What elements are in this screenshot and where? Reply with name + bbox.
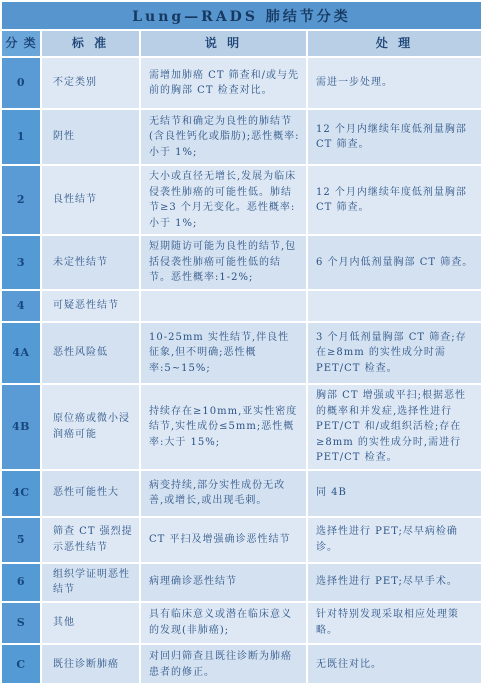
management-cell: 12 个月内继续年度低剂量胸部 CT 筛查。 [308,110,481,164]
table-row: 1 阴性 无结节和确定为良性的肺结节(含良性钙化或脂肪);恶性概率:小于 1%;… [2,110,481,164]
description-cell: 需增加肺癌 CT 筛查和/或与先前的胸部 CT 检查对比。 [141,58,306,108]
description-cell: 具有临床意义或潜在临床意义的发现(非肺癌); [141,603,306,643]
management-cell: 12 个月内继续年度低剂量胸部 CT 筛查。 [308,166,481,234]
management-cell: 6 个月内低剂量胸部 CT 筛查。 [308,236,481,289]
table-row: 5 筛查 CT 强烈提示恶性结节 CT 平扫及增强确诊恶性结节 选择性进行 PE… [2,518,481,562]
table-row: 4A 恶性风险低 10-25mm 实性结节,伴良性征象,但不明确;恶性概率:5~… [2,323,481,383]
category-cell: 3 [2,236,40,289]
criteria-cell: 筛查 CT 强烈提示恶性结节 [42,518,139,562]
criteria-cell: 可疑恶性结节 [42,291,139,321]
description-cell: 病变持续,部分实性成份无改善,或增长,或出现毛刺。 [141,471,306,516]
category-cell: 2 [2,166,40,234]
table-row: S 其他 具有临床意义或潜在临床意义的发现(非肺癌); 针对特别发现采取相应处理… [2,603,481,643]
table-row: 3 未定性结节 短期随访可能为良性的结节,包括侵袭性肺癌可能性低的结节。恶性概率… [2,236,481,289]
category-cell: 4B [2,385,40,469]
category-cell: 5 [2,518,40,562]
description-cell: 无结节和确定为良性的肺结节(含良性钙化或脂肪);恶性概率:小于 1%; [141,110,306,164]
management-cell: 同 4B [308,471,481,516]
management-cell: 无既往对比。 [308,645,481,683]
description-cell: 病理确诊恶性结节 [141,564,306,601]
management-cell: 选择性进行 PET;尽早病检确诊。 [308,518,481,562]
table-row: 4B 原位癌或微小浸润癌可能 持续存在≥10mm,亚实性密度结节,实性成份≤5m… [2,385,481,469]
category-cell: 1 [2,110,40,164]
criteria-cell: 阴性 [42,110,139,164]
column-header-description: 说 明 [141,31,306,56]
category-cell: 4C [2,471,40,516]
table-row: 0 不定类别 需增加肺癌 CT 筛查和/或与先前的胸部 CT 检查对比。 需进一… [2,58,481,108]
table-row: 2 良性结节 大小或直径无增长,发展为临床侵袭性肺癌的可能性低。肺结节≥3 个月… [2,166,481,234]
description-cell: 持续存在≥10mm,亚实性密度结节,实性成份≤5mm;恶性概率:大于 15%; [141,385,306,469]
table-body: 0 不定类别 需增加肺癌 CT 筛查和/或与先前的胸部 CT 检查对比。 需进一… [2,58,481,683]
category-cell: 0 [2,58,40,108]
table-row: C 既往诊断肺癌 对回归筛查且既往诊断为肺癌患者的修正。 无既往对比。 [2,645,481,683]
lung-rads-table: Lung—RADS 肺结节分类 分 类 标 准 说 明 处 理 0 不定类别 需… [0,0,483,683]
category-cell: S [2,603,40,643]
management-cell [308,291,481,321]
management-cell: 需进一步处理。 [308,58,481,108]
management-cell: 胸部 CT 增强或平扫;根据恶性的概率和并发症,选择性进行 PET/CT 和/或… [308,385,481,469]
column-header-management: 处 理 [308,31,481,56]
header-row: 分 类 标 准 说 明 处 理 [2,31,481,56]
criteria-cell: 不定类别 [42,58,139,108]
management-cell: 选择性进行 PET;尽早手术。 [308,564,481,601]
criteria-cell: 恶性可能性大 [42,471,139,516]
category-cell: C [2,645,40,683]
description-cell: 大小或直径无增长,发展为临床侵袭性肺癌的可能性低。肺结节≥3 个月无变化。恶性概… [141,166,306,234]
management-cell: 3 个月低剂量胸部 CT 筛查;存在≥8mm 的实性成分时需 PET/CT 检查… [308,323,481,383]
description-cell: 10-25mm 实性结节,伴良性征象,但不明确;恶性概率:5~15%; [141,323,306,383]
management-cell: 针对特别发现采取相应处理策略。 [308,603,481,643]
table-row: 4C 恶性可能性大 病变持续,部分实性成份无改善,或增长,或出现毛刺。 同 4B [2,471,481,516]
description-cell [141,291,306,321]
criteria-cell: 既往诊断肺癌 [42,645,139,683]
table-row: 4 可疑恶性结节 [2,291,481,321]
criteria-cell: 组织学证明恶性结节 [42,564,139,601]
description-cell: 对回归筛查且既往诊断为肺癌患者的修正。 [141,645,306,683]
criteria-cell: 良性结节 [42,166,139,234]
criteria-cell: 其他 [42,603,139,643]
category-cell: 4 [2,291,40,321]
criteria-cell: 未定性结节 [42,236,139,289]
category-cell: 6 [2,564,40,601]
table-title: Lung—RADS 肺结节分类 [2,2,481,29]
category-cell: 4A [2,323,40,383]
table-row: 6 组织学证明恶性结节 病理确诊恶性结节 选择性进行 PET;尽早手术。 [2,564,481,601]
description-cell: 短期随访可能为良性的结节,包括侵袭性肺癌可能性低的结节。恶性概率:1-2%; [141,236,306,289]
column-header-criteria: 标 准 [42,31,139,56]
description-cell: CT 平扫及增强确诊恶性结节 [141,518,306,562]
criteria-cell: 原位癌或微小浸润癌可能 [42,385,139,469]
column-header-category: 分 类 [2,31,40,56]
criteria-cell: 恶性风险低 [42,323,139,383]
